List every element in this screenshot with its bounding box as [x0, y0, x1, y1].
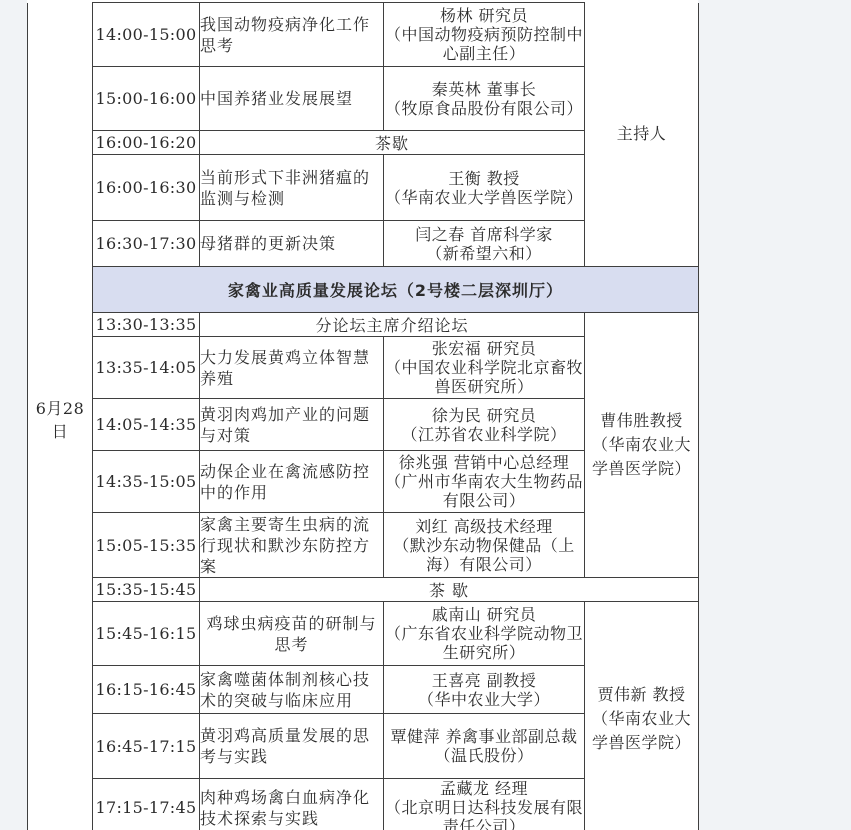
talk-title-cell: 鸡球虫病疫苗的研制与思考: [200, 602, 384, 666]
speaker-affiliation: （新希望六和）: [384, 244, 584, 263]
time-cell: 17:15-17:45: [93, 779, 200, 830]
speaker-name: 杨林 研究员: [384, 6, 584, 25]
time-cell: 15:00-16:00: [93, 67, 200, 131]
time-cell: 13:30-13:35: [93, 313, 200, 337]
table-row: 13:30-13:35 分论坛主席介绍论坛 曹伟胜教授 （华南农业大学兽医学院）: [28, 313, 699, 337]
speaker-name: 王衡 教授: [384, 169, 584, 188]
speaker-affiliation: （江苏省农业科学院）: [384, 425, 584, 444]
talk-title-cell: 黄羽鸡高质量发展的思考与实践: [200, 714, 384, 779]
moderator-cell: 曹伟胜教授 （华南农业大学兽医学院）: [585, 313, 699, 578]
moderator-name: 贾伟新 教授: [585, 683, 698, 707]
date-cell: 6月28日: [28, 3, 93, 830]
speaker-cell: 王喜亮 副教授 （华中农业大学）: [384, 666, 585, 714]
speaker-affiliation: （中国农业科学院北京畜牧兽医研究所）: [384, 358, 584, 396]
speaker-cell: 徐为民 研究员 （江苏省农业科学院）: [384, 399, 585, 451]
talk-title-cell: 动保企业在禽流感防控中的作用: [200, 451, 384, 513]
speaker-name: 覃健萍 养禽事业部副总裁: [384, 727, 584, 746]
speaker-cell: 张宏福 研究员 （中国农业科学院北京畜牧兽医研究所）: [384, 337, 585, 399]
speaker-affiliation: （温氏股份）: [384, 746, 584, 765]
schedule-sheet: 6月28日 14:00-15:00 我国动物疫病净化工作思考 杨林 研究员 （中…: [27, 0, 698, 830]
time-cell: 15:45-16:15: [93, 602, 200, 666]
time-cell: 16:00-16:30: [93, 155, 200, 221]
talk-title-cell: 家禽主要寄生虫病的流行现状和默沙东防控方案: [200, 513, 384, 578]
time-cell: 15:05-15:35: [93, 513, 200, 578]
time-cell: 13:35-14:05: [93, 337, 200, 399]
speaker-cell: 秦英林 董事长 （牧原食品股份有限公司）: [384, 67, 585, 131]
talk-title-cell: 大力发展黄鸡立体智慧养殖: [200, 337, 384, 399]
speaker-name: 王喜亮 副教授: [384, 671, 584, 690]
speaker-name: 刘红 高级技术经理: [384, 517, 584, 536]
talk-title-cell: 母猪群的更新决策: [200, 221, 384, 267]
speaker-affiliation: （牧原食品股份有限公司）: [384, 99, 584, 118]
speaker-name: 徐为民 研究员: [384, 406, 584, 425]
speaker-name: 秦英林 董事长: [384, 80, 584, 99]
intro-cell: 分论坛主席介绍论坛: [200, 313, 585, 337]
talk-title-cell: 家禽噬菌体制剂核心技术的突破与临床应用: [200, 666, 384, 714]
forum-banner: 家禽业高质量发展论坛（2号楼二层深圳厅）: [93, 267, 699, 313]
talk-title-cell: 肉种鸡场禽白血病净化技术探索与实践: [200, 779, 384, 830]
speaker-cell: 孟藏龙 经理 （北京明日达科技发展有限责任公司）: [384, 779, 585, 830]
time-cell: 14:05-14:35: [93, 399, 200, 451]
speaker-affiliation: （默沙东动物保健品（上海）有限公司）: [384, 536, 584, 574]
speaker-cell: 覃健萍 养禽事业部副总裁 （温氏股份）: [384, 714, 585, 779]
speaker-name: 徐兆强 营销中心总经理: [384, 453, 584, 472]
speaker-cell: 徐兆强 营销中心总经理 （广州市华南农大生物药品有限公司）: [384, 451, 585, 513]
speaker-cell: 戚南山 研究员 （广东省农业科学院动物卫生研究所）: [384, 602, 585, 666]
moderator-cell: 贾伟新 教授 （华南农业大学兽医学院）: [585, 602, 699, 830]
time-cell: 16:30-17:30: [93, 221, 200, 267]
table-row: 家禽业高质量发展论坛（2号楼二层深圳厅）: [28, 267, 699, 313]
speaker-name: 闫之春 首席科学家: [384, 225, 584, 244]
conference-program-page: { "date_column": { "label": "6月28日" }, "…: [0, 0, 851, 830]
speaker-affiliation: （中国动物疫病预防控制中心副主任）: [384, 25, 584, 63]
table-row: 6月28日 14:00-15:00 我国动物疫病净化工作思考 杨林 研究员 （中…: [28, 3, 699, 67]
speaker-cell: 王衡 教授 （华南农业大学兽医学院）: [384, 155, 585, 221]
speaker-affiliation: （北京明日达科技发展有限责任公司）: [384, 798, 584, 830]
speaker-affiliation: （广州市华南农大生物药品有限公司）: [384, 472, 584, 510]
time-cell: 14:00-15:00: [93, 3, 200, 67]
tea-break-cell: 茶 歇: [200, 578, 699, 602]
speaker-affiliation: （华中农业大学）: [384, 690, 584, 709]
time-cell: 16:45-17:15: [93, 714, 200, 779]
speaker-name: 张宏福 研究员: [384, 339, 584, 358]
time-cell: 14:35-15:05: [93, 451, 200, 513]
table-row: 15:35-15:45 茶 歇: [28, 578, 699, 602]
talk-title-cell: 中国养猪业发展展望: [200, 67, 384, 131]
tea-break-cell: 茶歇: [200, 131, 585, 155]
time-cell: 15:35-15:45: [93, 578, 200, 602]
speaker-name: 戚南山 研究员: [384, 605, 584, 624]
moderator-cell: 主持人: [585, 3, 699, 267]
moderator-name: 曹伟胜教授: [585, 409, 698, 433]
speaker-cell: 刘红 高级技术经理 （默沙东动物保健品（上海）有限公司）: [384, 513, 585, 578]
time-cell: 16:00-16:20: [93, 131, 200, 155]
speaker-affiliation: （华南农业大学兽医学院）: [384, 188, 584, 207]
table-row: 15:45-16:15 鸡球虫病疫苗的研制与思考 戚南山 研究员 （广东省农业科…: [28, 602, 699, 666]
talk-title-cell: 我国动物疫病净化工作思考: [200, 3, 384, 67]
speaker-cell: 闫之春 首席科学家 （新希望六和）: [384, 221, 585, 267]
speaker-name: 孟藏龙 经理: [384, 779, 584, 798]
talk-title-cell: 当前形式下非洲猪瘟的监测与检测: [200, 155, 384, 221]
speaker-affiliation: （广东省农业科学院动物卫生研究所）: [384, 624, 584, 662]
moderator-affiliation: （华南农业大学兽医学院）: [585, 707, 698, 755]
moderator-affiliation: （华南农业大学兽医学院）: [585, 433, 698, 481]
conference-schedule-table: 6月28日 14:00-15:00 我国动物疫病净化工作思考 杨林 研究员 （中…: [27, 2, 699, 830]
time-cell: 16:15-16:45: [93, 666, 200, 714]
talk-title-cell: 黄羽肉鸡加产业的问题与对策: [200, 399, 384, 451]
speaker-cell: 杨林 研究员 （中国动物疫病预防控制中心副主任）: [384, 3, 585, 67]
